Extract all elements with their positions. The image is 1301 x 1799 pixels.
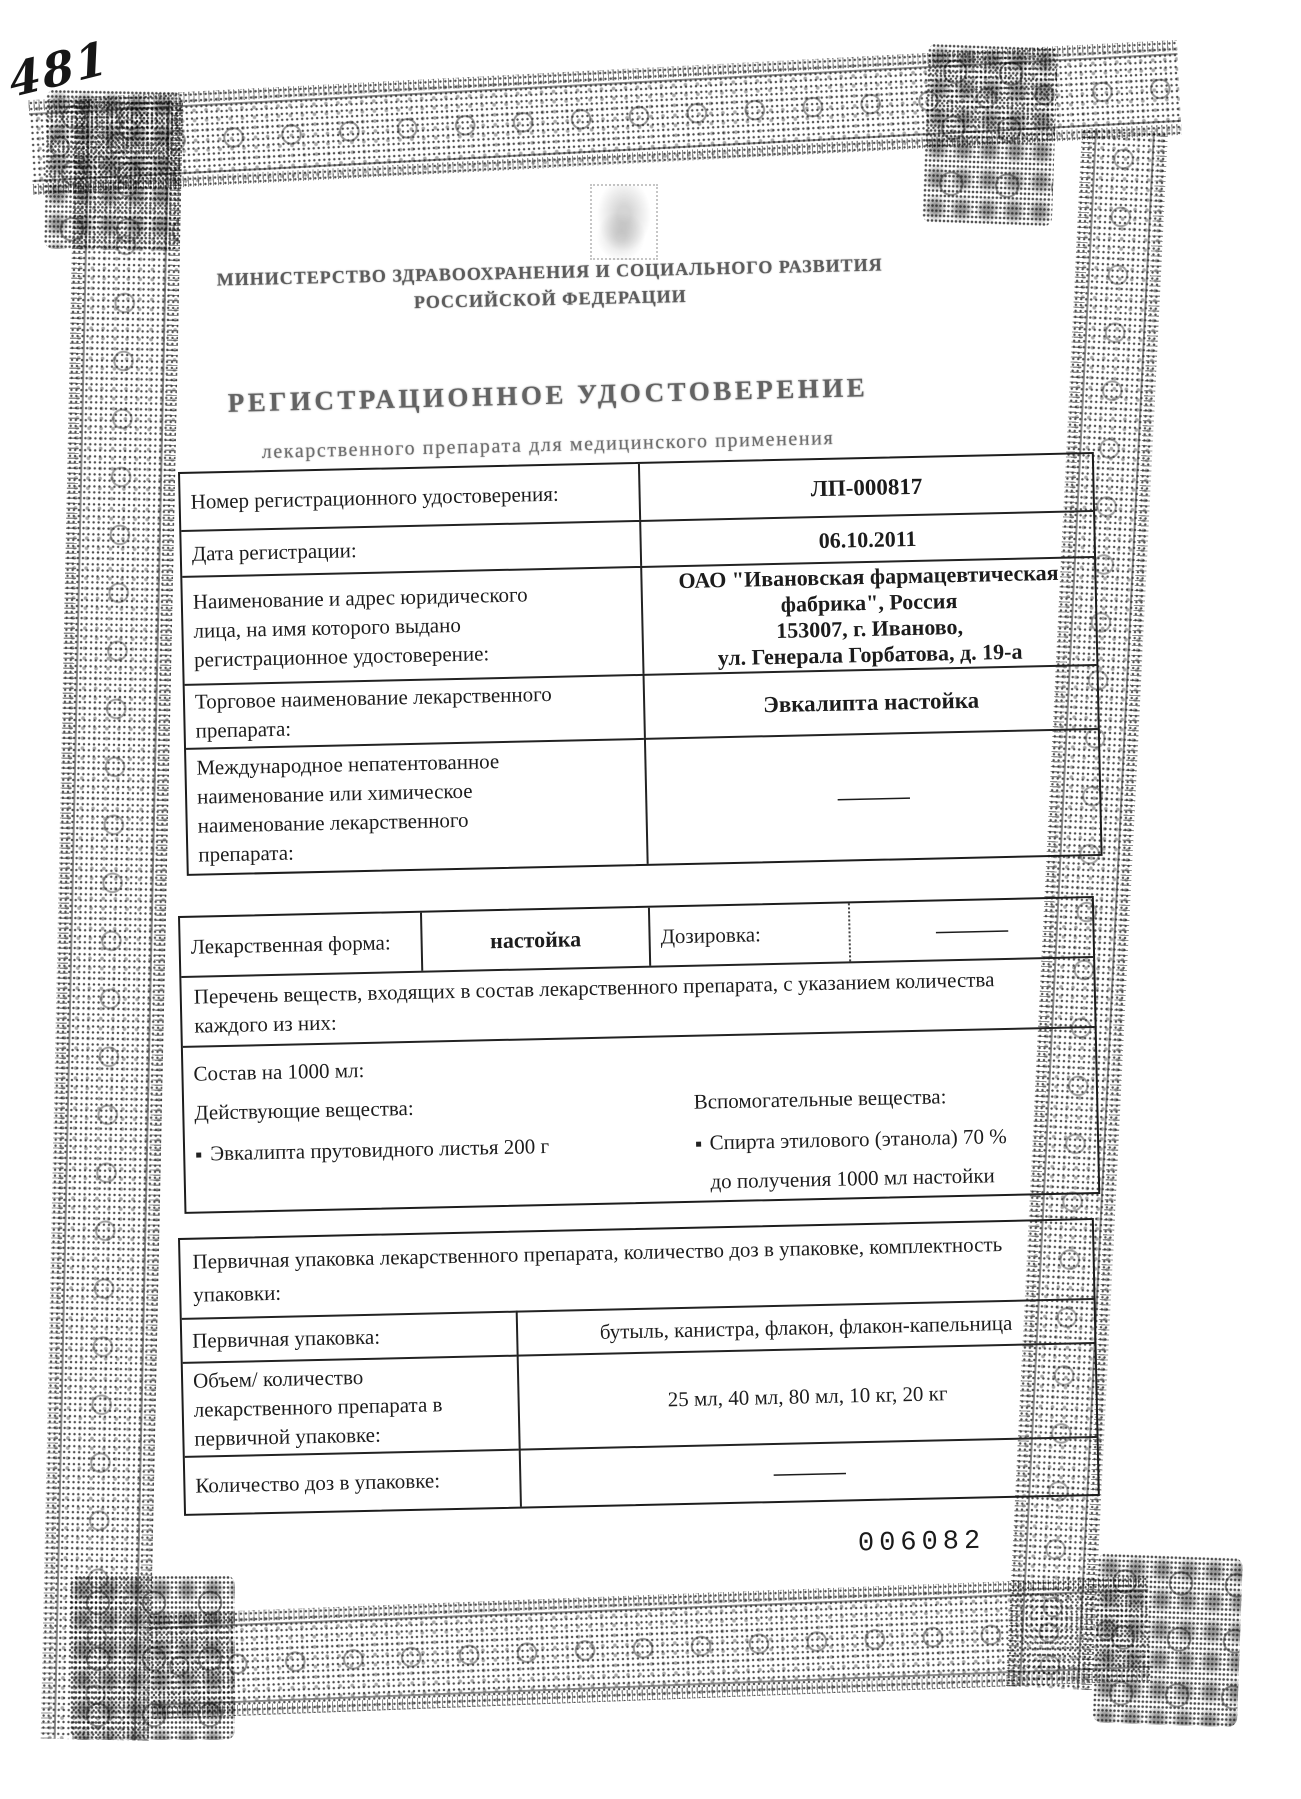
active-substance-item: Эвкалипта прутовидного листья 200 г [210,1134,549,1165]
corner-ornament-bottom-right [1092,1553,1243,1728]
trade-name-value-cell: Эвкалипта настойка [643,664,1098,738]
dosage-label: Дозировка: [660,920,761,951]
volume-label-line3: первичной упаковке: [194,1419,443,1453]
primary-packaging-value: бутыль, канистра, флакон, флакон-капельн… [600,1308,1013,1346]
packaging-header: Первичная упаковка лекарственного препар… [192,1228,1013,1312]
bullet-icon [696,1142,701,1147]
dosage-form-value-cell: настойка [420,908,649,971]
doses-value-dash: — [773,1457,845,1488]
auxiliary-substance-item: Спирта этилового (этанола) 70 % [709,1124,1007,1154]
registration-table: Номер регистрационного удостоверения: ЛП… [178,452,1103,876]
volume-label-line2: лекарственного препарата в [193,1390,442,1424]
inn-label-cell: Международное непатентованное наименован… [186,738,647,874]
corner-ornament-top-left [44,89,182,251]
reg-date-value: 06.10.2011 [818,523,916,554]
auxiliary-substances-header: Вспомогательные вещества: [693,1079,1086,1117]
primary-packaging-label-cell: Первичная упаковка: [182,1311,517,1362]
form-composition-table: Лекарственная форма: настойка Дозировка:… [178,896,1100,1214]
auxiliary-substance-note: до получения 1000 мл настойки [695,1159,1088,1197]
doses-label-cell: Количество доз в упаковке: [185,1449,520,1514]
reg-date-label: Дата регистрации: [191,536,356,569]
active-substances-header: Действующие вещества: [194,1088,694,1128]
corner-ornament-bottom-left [70,1575,235,1740]
serial-number: 006082 [858,1527,986,1560]
inn-value-dash: — [837,782,909,813]
volume-value-cell: 25 мл, 40 мл, 80 мл, 10 кг, 20 кг [517,1342,1097,1449]
dosage-form-label-cell: Лекарственная форма: [180,913,421,976]
decorative-border-bottom [148,1576,1151,1719]
substances-header: Перечень веществ, входящих в состав лека… [193,965,1006,1041]
primary-packaging-label: Первичная упаковка: [192,1322,380,1355]
corner-ornament-top-right [922,43,1058,227]
dosage-form-label: Лекарственная форма: [190,928,391,961]
dosage-label-cell: Дозировка: [648,903,849,965]
reg-number-value-cell: ЛП-000817 [638,454,1093,520]
bullet-icon [196,1153,201,1158]
inn-label-line4: препарата: [198,834,501,870]
doses-value-cell: — [519,1436,1098,1507]
doses-label: Количество доз в упаковке: [195,1466,440,1500]
holder-value-cell: ОАО "Ивановская фармацевтическая фабрика… [640,556,1096,674]
dosage-value-dash: — [935,914,1007,945]
state-emblem-icon [590,184,658,260]
trade-name-value: Эвкалипта настойка [763,685,980,719]
reg-number-label-cell: Номер регистрационного удостоверения: [180,464,639,530]
trade-name-label-cell: Торговое наименование лекарственного пре… [185,674,644,748]
holder-label-cell: Наименование и адрес юридического лица, … [182,566,642,684]
dosage-value-cell: — [848,898,1093,961]
scanned-certificate-page: 481 МИНИСТЕРСТВО ЗДРАВООХРАНЕНИЯ И СОЦИА… [0,0,1301,1799]
ministry-name: МИНИСТЕРСТВО ЗДРАВООХРАНЕНИЯ И СОЦИАЛЬНО… [90,252,1011,321]
trade-name-label: Торговое наименование лекарственного пре… [195,679,616,746]
certificate-title: РЕГИСТРАЦИОННОЕ УДОСТОВЕРЕНИЕ [148,370,949,421]
inn-value-cell: — [644,728,1101,864]
composition-cell: Состав на 1000 мл: Действующие вещества:… [183,1026,1098,1212]
packaging-table: Первичная упаковка лекарственного препар… [178,1218,1100,1516]
dosage-form-value: настойка [490,924,582,955]
volume-value: 25 мл, 40 мл, 80 мл, 10 кг, 20 кг [667,1379,947,1414]
reg-number-value: ЛП-000817 [810,471,922,502]
volume-label-cell: Объем/ количество лекарственного препара… [183,1355,519,1456]
reg-number-label: Номер регистрационного удостоверения: [190,479,559,516]
decorative-border-left [41,99,183,1741]
